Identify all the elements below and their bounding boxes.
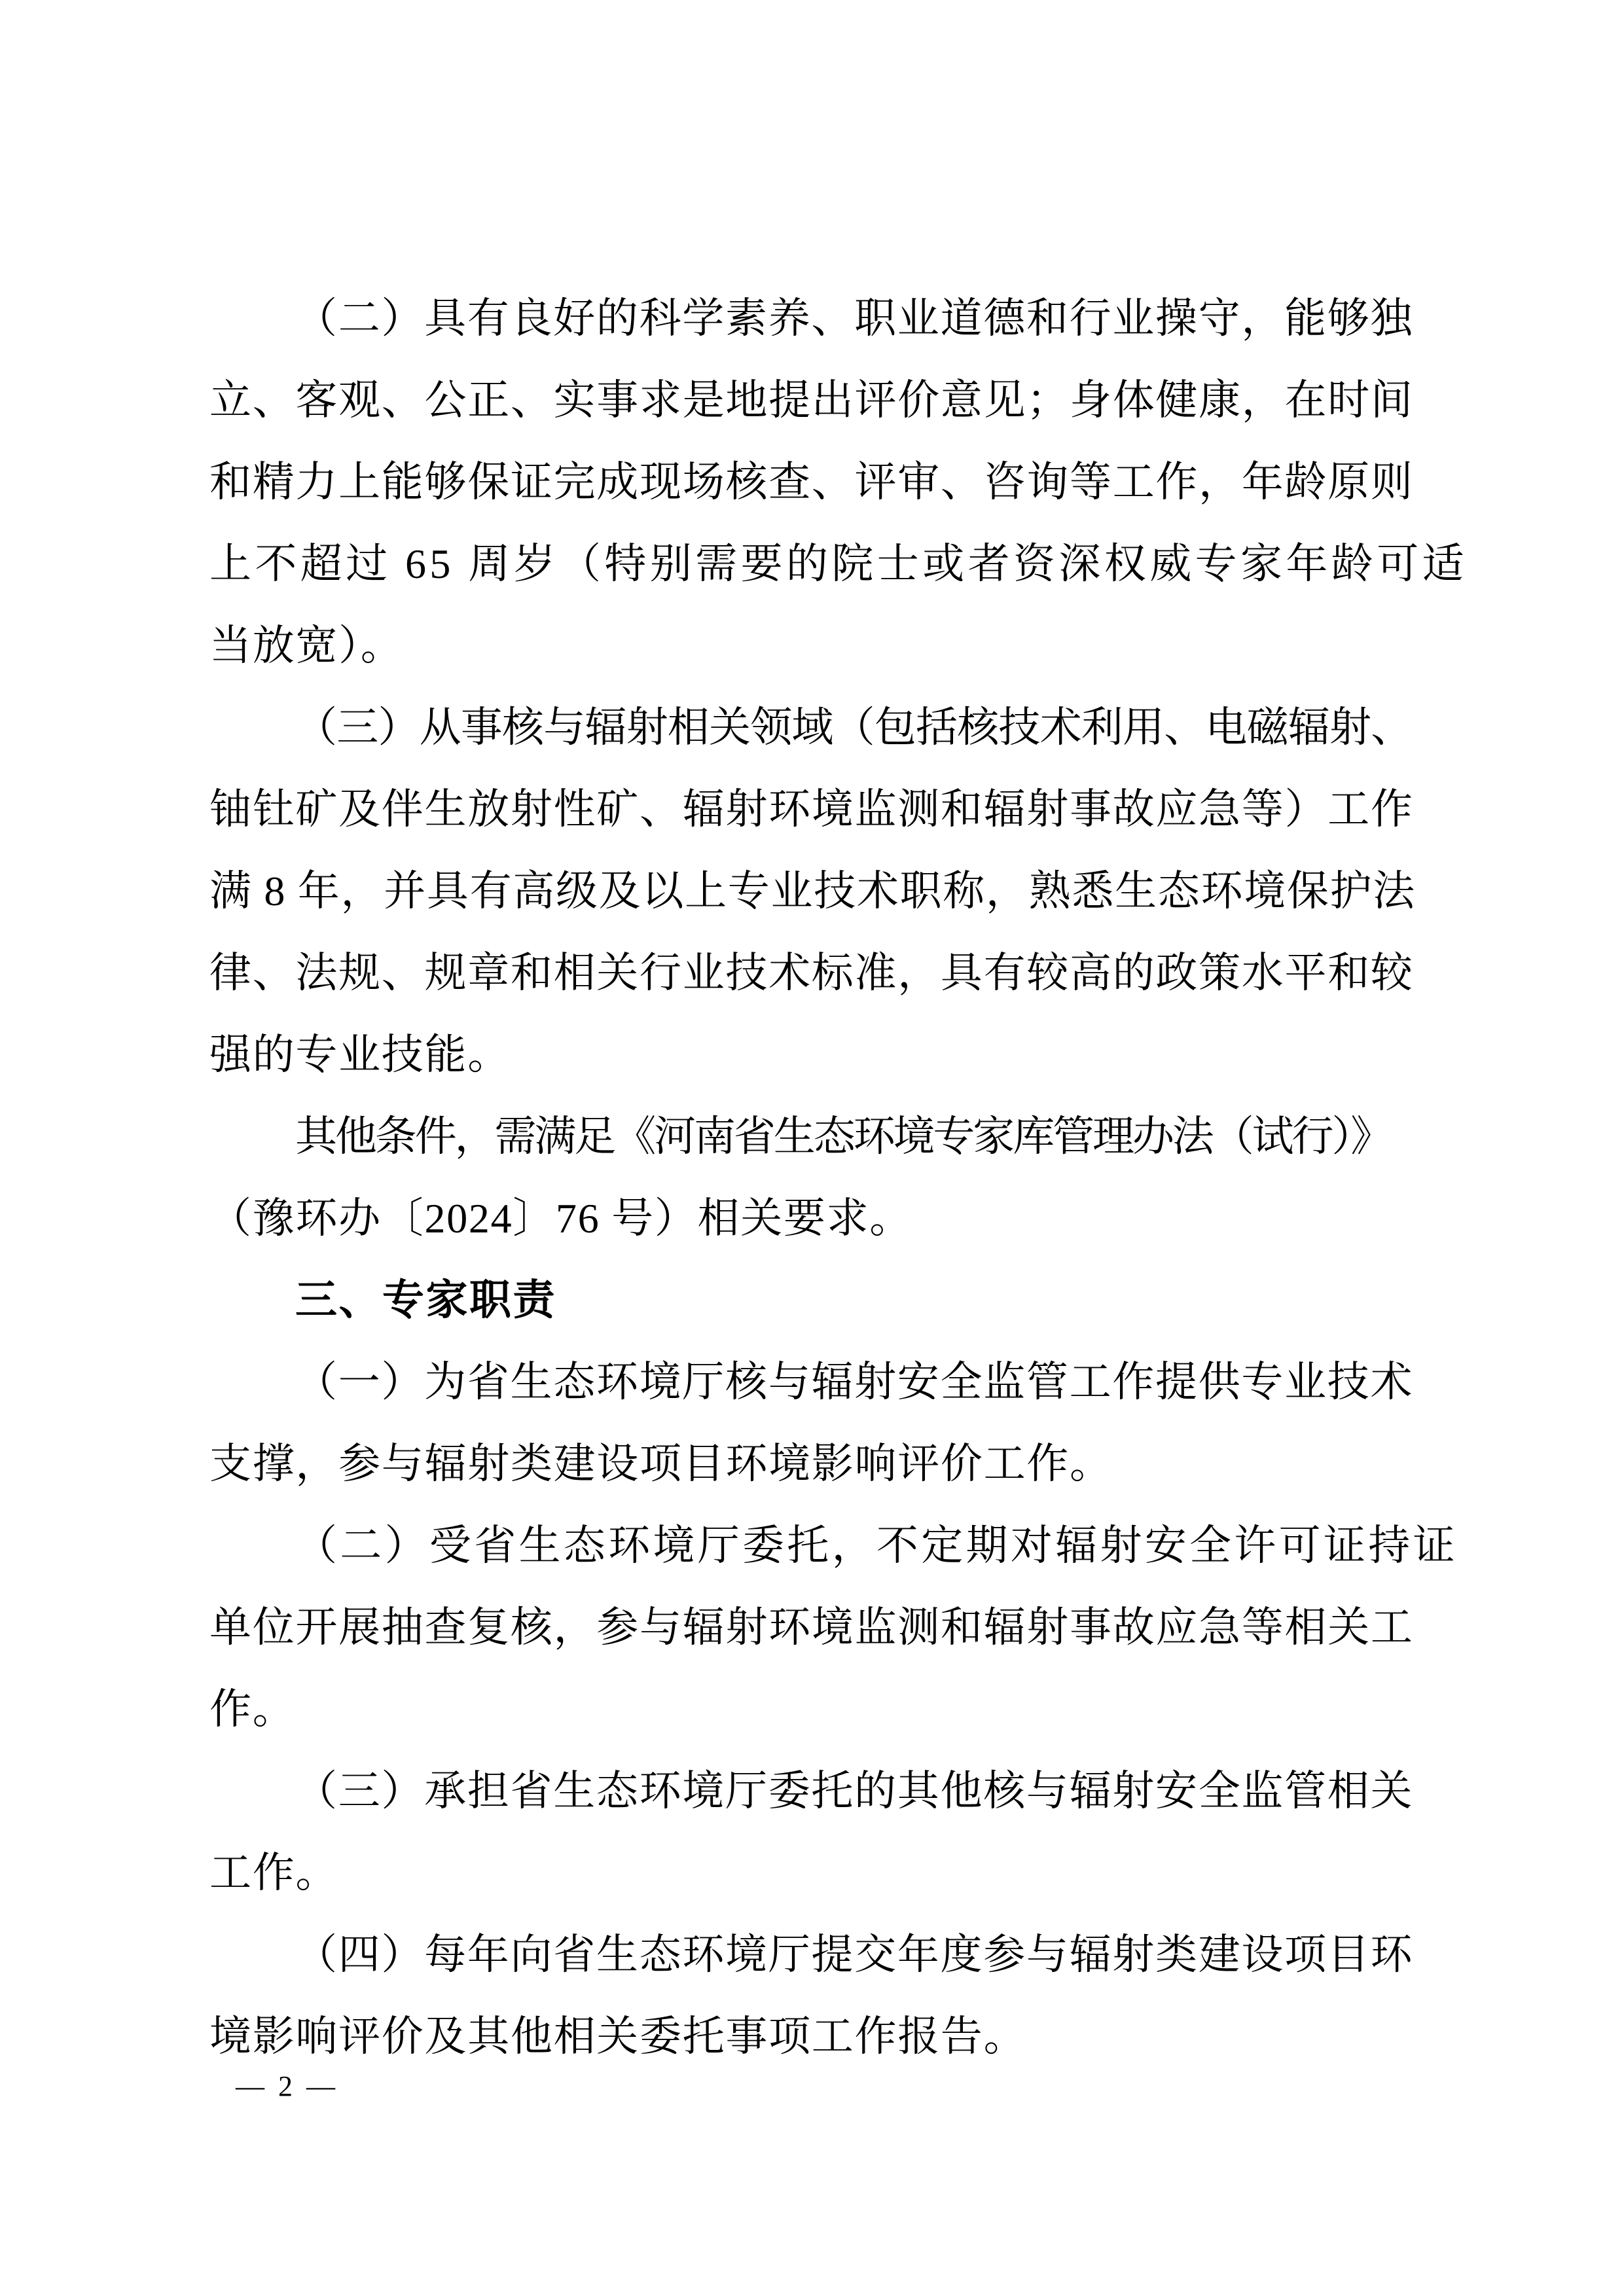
text-line: 律、法规、规章和相关行业技术标准，具有较高的政策水平和较: [209, 932, 1415, 1014]
page-number: — 2 —: [236, 2060, 338, 2113]
text-line: 和精力上能够保证完成现场核查、评审、咨询等工作，年龄原则: [209, 441, 1415, 523]
text-line: 作。: [209, 1668, 1415, 1750]
text-line: 其他条件，需满足《河南省生态环境专家库管理办法（试行）》: [209, 1096, 1415, 1177]
text-line: 工作。: [209, 1832, 1415, 1914]
text-line: （二）具有良好的科学素养、职业道德和行业操守，能够独: [209, 278, 1415, 359]
section-heading: 三、专家职责: [209, 1259, 1415, 1341]
text-line: 满 8 年，并具有高级及以上专业技术职称，熟悉生态环境保护法: [209, 850, 1415, 932]
text-line: （四）每年向省生态环境厅提交年度参与辐射类建设项目环: [209, 1914, 1415, 1996]
text-line: 立、客观、公正、实事求是地提出评价意见；身体健康，在时间: [209, 359, 1415, 441]
document-body: （二）具有良好的科学素养、职业道德和行业操守，能够独 立、客观、公正、实事求是地…: [209, 278, 1415, 2077]
text-line: （三）承担省生态环境厅委托的其他核与辐射安全监管相关: [209, 1750, 1415, 1832]
text-line: 境影响评价及其他相关委托事项工作报告。: [209, 1996, 1415, 2077]
text-line: （一）为省生态环境厅核与辐射安全监管工作提供专业技术: [209, 1341, 1415, 1423]
text-line: （二）受省生态环境厅委托，不定期对辐射安全许可证持证: [209, 1505, 1415, 1587]
text-line: 支撑，参与辐射类建设项目环境影响评价工作。: [209, 1423, 1415, 1505]
text-line: （三）从事核与辐射相关领域（包括核技术利用、电磁辐射、: [209, 687, 1415, 768]
text-line: 当放宽）。: [209, 605, 1415, 687]
text-line: 单位开展抽查复核，参与辐射环境监测和辐射事故应急等相关工: [209, 1587, 1415, 1668]
text-line: （豫环办〔2024〕76 号）相关要求。: [209, 1177, 1415, 1259]
text-line: 铀钍矿及伴生放射性矿、辐射环境监测和辐射事故应急等）工作: [209, 768, 1415, 850]
text-line: 上不超过 65 周岁（特别需要的院士或者资深权威专家年龄可适: [209, 523, 1415, 605]
document-page: （二）具有良好的科学素养、职业道德和行业操守，能够独 立、客观、公正、实事求是地…: [0, 0, 1624, 2296]
text-line: 强的专业技能。: [209, 1014, 1415, 1096]
